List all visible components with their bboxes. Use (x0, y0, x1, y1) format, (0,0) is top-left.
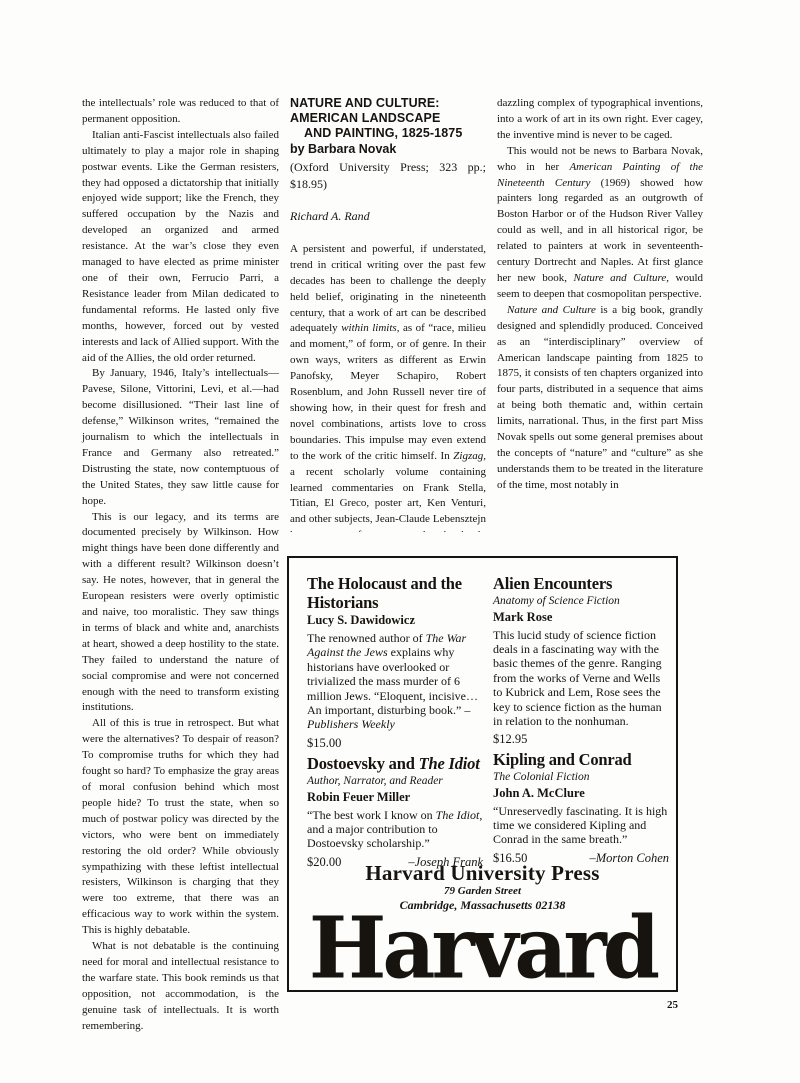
paragraph: the intellectuals’ role was reduced to t… (82, 96, 279, 128)
paragraph: This would not be news to Barbara Novak,… (497, 144, 703, 303)
magazine-page: the intellectuals’ role was reduced to t… (0, 0, 800, 1083)
ad-book-dostoevsky-idiot: Dostoevsky and The Idiot Author, Narrato… (307, 754, 483, 870)
reviewer-name: Richard A. Rand (290, 209, 486, 225)
publisher-block: Harvard University Press 79 Garden Stree… (289, 861, 676, 979)
book-author: John A. McClure (493, 786, 669, 801)
book-author: Mark Rose (493, 610, 669, 625)
paragraph: All of this is true in retrospect. But w… (82, 716, 279, 939)
book-price: $15.00 (307, 736, 341, 751)
book-blurb: “Unreservedly fascinating. It is high ti… (493, 804, 669, 847)
book-subtitle: Anatomy of Science Fiction (493, 595, 669, 609)
book-title: The Holocaust and the Historians (307, 574, 483, 612)
paragraph: dazzling complex of typographical invent… (497, 96, 703, 144)
book-price: $12.95 (493, 732, 527, 747)
article-column-right: dazzling complex of typographical invent… (497, 96, 703, 541)
paragraph: A persistent and powerful, if understate… (290, 242, 486, 532)
review-body: A persistent and powerful, if understate… (290, 242, 486, 532)
harvard-press-advertisement: The Holocaust and the Historians Lucy S.… (287, 556, 678, 992)
paragraph: What is not debatable is the continuing … (82, 939, 279, 1034)
ad-book-kipling-conrad: Kipling and Conrad The Colonial Fiction … (493, 750, 669, 866)
book-blurb: “The best work I know on The Idiot, and … (307, 808, 483, 851)
book-title: Dostoevsky and The Idiot (307, 754, 483, 773)
book-title: Alien Encounters (493, 574, 669, 593)
review-column-middle: NATURE AND CULTURE: AMERICAN LANDSCAPE A… (290, 96, 486, 532)
paragraph: This is our legacy, and its terms are do… (82, 510, 279, 717)
ad-book-alien-encounters: Alien Encounters Anatomy of Science Fict… (493, 574, 669, 747)
review-publisher-info: (Oxford University Press; 323 pp.; $18.9… (290, 159, 486, 192)
article-column-left: the intellectuals’ role was reduced to t… (82, 96, 279, 1034)
book-subtitle: The Colonial Fiction (493, 771, 669, 785)
book-blurb: The renowned author of The War Against t… (307, 631, 483, 732)
review-author-byline: by Barbara Novak (290, 141, 486, 157)
review-title-line1: NATURE AND CULTURE: (290, 96, 486, 111)
book-author: Lucy S. Dawidowicz (307, 613, 483, 628)
book-subtitle: Author, Narrator, and Reader (307, 775, 483, 789)
harvard-logotype: Harvard (289, 915, 676, 982)
ad-book-holocaust-historians: The Holocaust and the Historians Lucy S.… (307, 574, 483, 751)
paragraph: By January, 1946, Italy’s intellectuals—… (82, 366, 279, 509)
book-blurb: This lucid study of science fiction deal… (493, 628, 669, 729)
publisher-name: Harvard University Press (289, 861, 676, 885)
page-number: 25 (655, 999, 678, 1011)
publisher-street: 79 Garden Street (289, 885, 676, 898)
review-title-line3: AND PAINTING, 1825-1875 (290, 126, 486, 141)
paragraph: Nature and Culture is a big book, grandl… (497, 303, 703, 494)
book-author: Robin Feuer Miller (307, 790, 483, 805)
book-title: Kipling and Conrad (493, 750, 669, 769)
paragraph: Italian anti-Fascist intellectuals also … (82, 128, 279, 367)
review-title-line2: AMERICAN LANDSCAPE (290, 111, 486, 126)
